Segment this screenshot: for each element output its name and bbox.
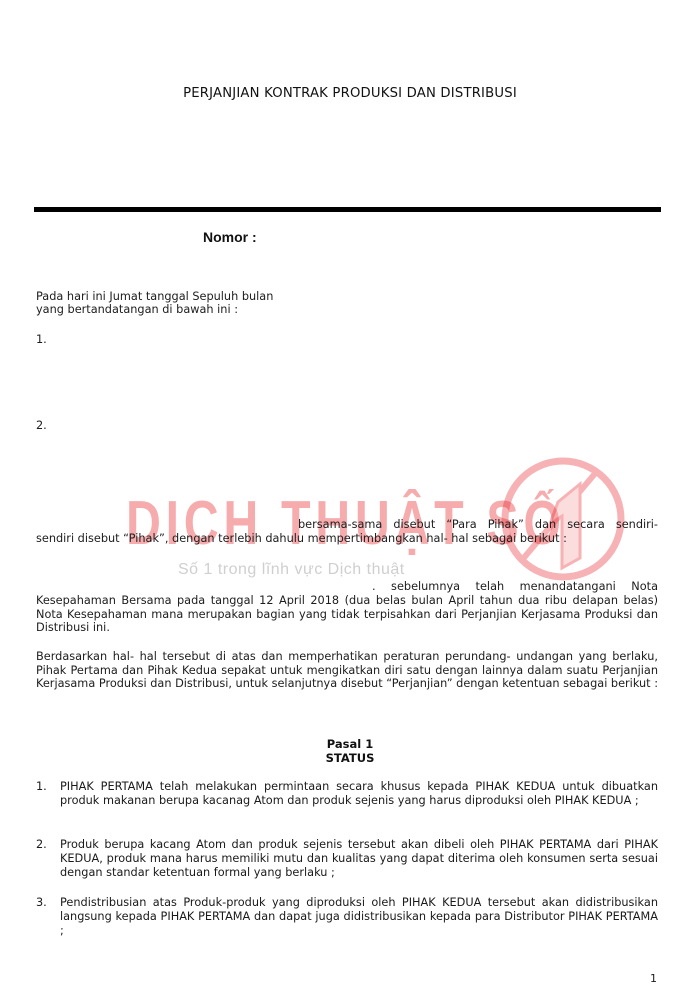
list-item-text: PIHAK PERTAMA telah melakukan permintaan… xyxy=(60,780,658,808)
list-item-text: Produk berupa kacang Atom dan produk sej… xyxy=(60,838,658,881)
recital-line-1: . sebelumnya telah menandatangani Nota xyxy=(372,580,658,594)
article-number: Pasal 1 xyxy=(0,737,700,751)
header-divider xyxy=(34,207,661,212)
page-number: 1 xyxy=(650,972,657,985)
intro-line-1: Pada hari ini Jumat tanggal Sepuluh bula… xyxy=(36,290,336,304)
party-1-number: 1. xyxy=(36,333,47,347)
article-heading: STATUS xyxy=(0,751,700,765)
document-page: DICH THUẬT SỐ Số 1 trong lĩnh vực Dịch t… xyxy=(0,0,700,1000)
document-number-label: Nomor : xyxy=(203,229,257,245)
agreement-paragraph: Berdasarkan hal- hal tersebut di atas da… xyxy=(36,650,658,691)
list-item-number: 2. xyxy=(36,838,47,852)
parties-line-1: bersama-sama disebut “Para Pihak” dan se… xyxy=(298,518,658,532)
recital-paragraph: Kesepahaman Bersama pada tanggal 12 Apri… xyxy=(36,594,658,635)
list-item-number: 1. xyxy=(36,780,47,794)
party-2-number: 2. xyxy=(36,419,47,433)
list-item-number: 3. xyxy=(36,896,47,910)
intro-line-2: yang bertandatangan di bawah ini : xyxy=(36,303,336,317)
document-title: PERJANJIAN KONTRAK PRODUKSI DAN DISTRIBU… xyxy=(0,86,700,101)
list-item-text: Pendistribusian atas Produk-produk yang … xyxy=(60,896,658,939)
parties-line-2: sendiri disebut “Pihak”, dengan terlebih… xyxy=(36,532,658,546)
